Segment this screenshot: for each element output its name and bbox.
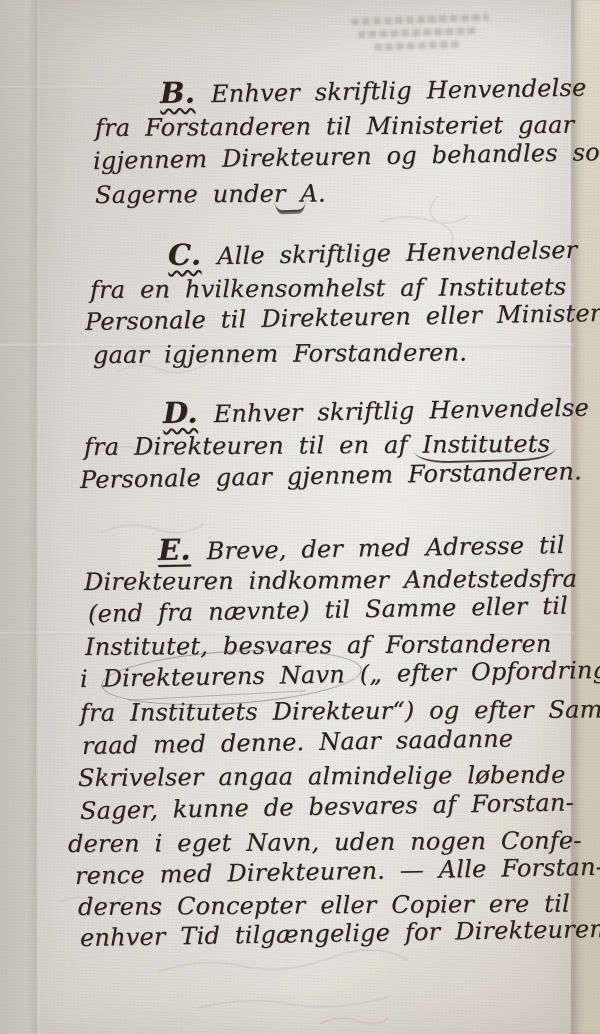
manuscript-photo: B.Enhver skriftlig Henvendelse fra Forst… (0, 0, 600, 1034)
vertical-fold-crease (36, 0, 39, 1034)
line-text: Breve, der med Adresse til (206, 531, 564, 565)
handwritten-line: fra Forstanderen til Ministeriet gaar (95, 111, 574, 142)
section-letter: D. (163, 395, 198, 430)
handwritten-line: Skrivelser angaa almindelige løbende (78, 761, 566, 792)
stamp-line (374, 41, 460, 51)
stamp-line (358, 27, 478, 38)
section-letter: B. (160, 75, 196, 110)
handwritten-line: gaar igjennem Forstanderen. (93, 338, 467, 369)
line-text: Alle skriftlige Henvendelser (217, 236, 578, 270)
handwritten-line: C.Alle skriftlige Henvendelser (168, 231, 578, 272)
stamp-line (351, 14, 489, 26)
section-letter: C. (168, 237, 202, 272)
stamp-bleedthrough (351, 8, 491, 67)
section-letter: E. (158, 532, 191, 567)
line-text: Enhver skriftlig Henvendelse (213, 394, 589, 429)
handwritten-line: Direkteuren indkommer Andetstedsfra (84, 565, 577, 596)
left-margin-fold (0, 0, 38, 1034)
ink-underline-institutets (414, 434, 557, 464)
handwritten-line: deren i eget Navn, uden nogen Confe- (68, 826, 582, 858)
ink-underline-A (274, 185, 307, 212)
handwritten-line: fra en hvilkensomhelst af Institutets (90, 273, 566, 304)
handwritten-line: E.Breve, der med Adresse til (158, 526, 565, 567)
line-text: Enhver skriftlig Henvendelse (211, 74, 587, 109)
